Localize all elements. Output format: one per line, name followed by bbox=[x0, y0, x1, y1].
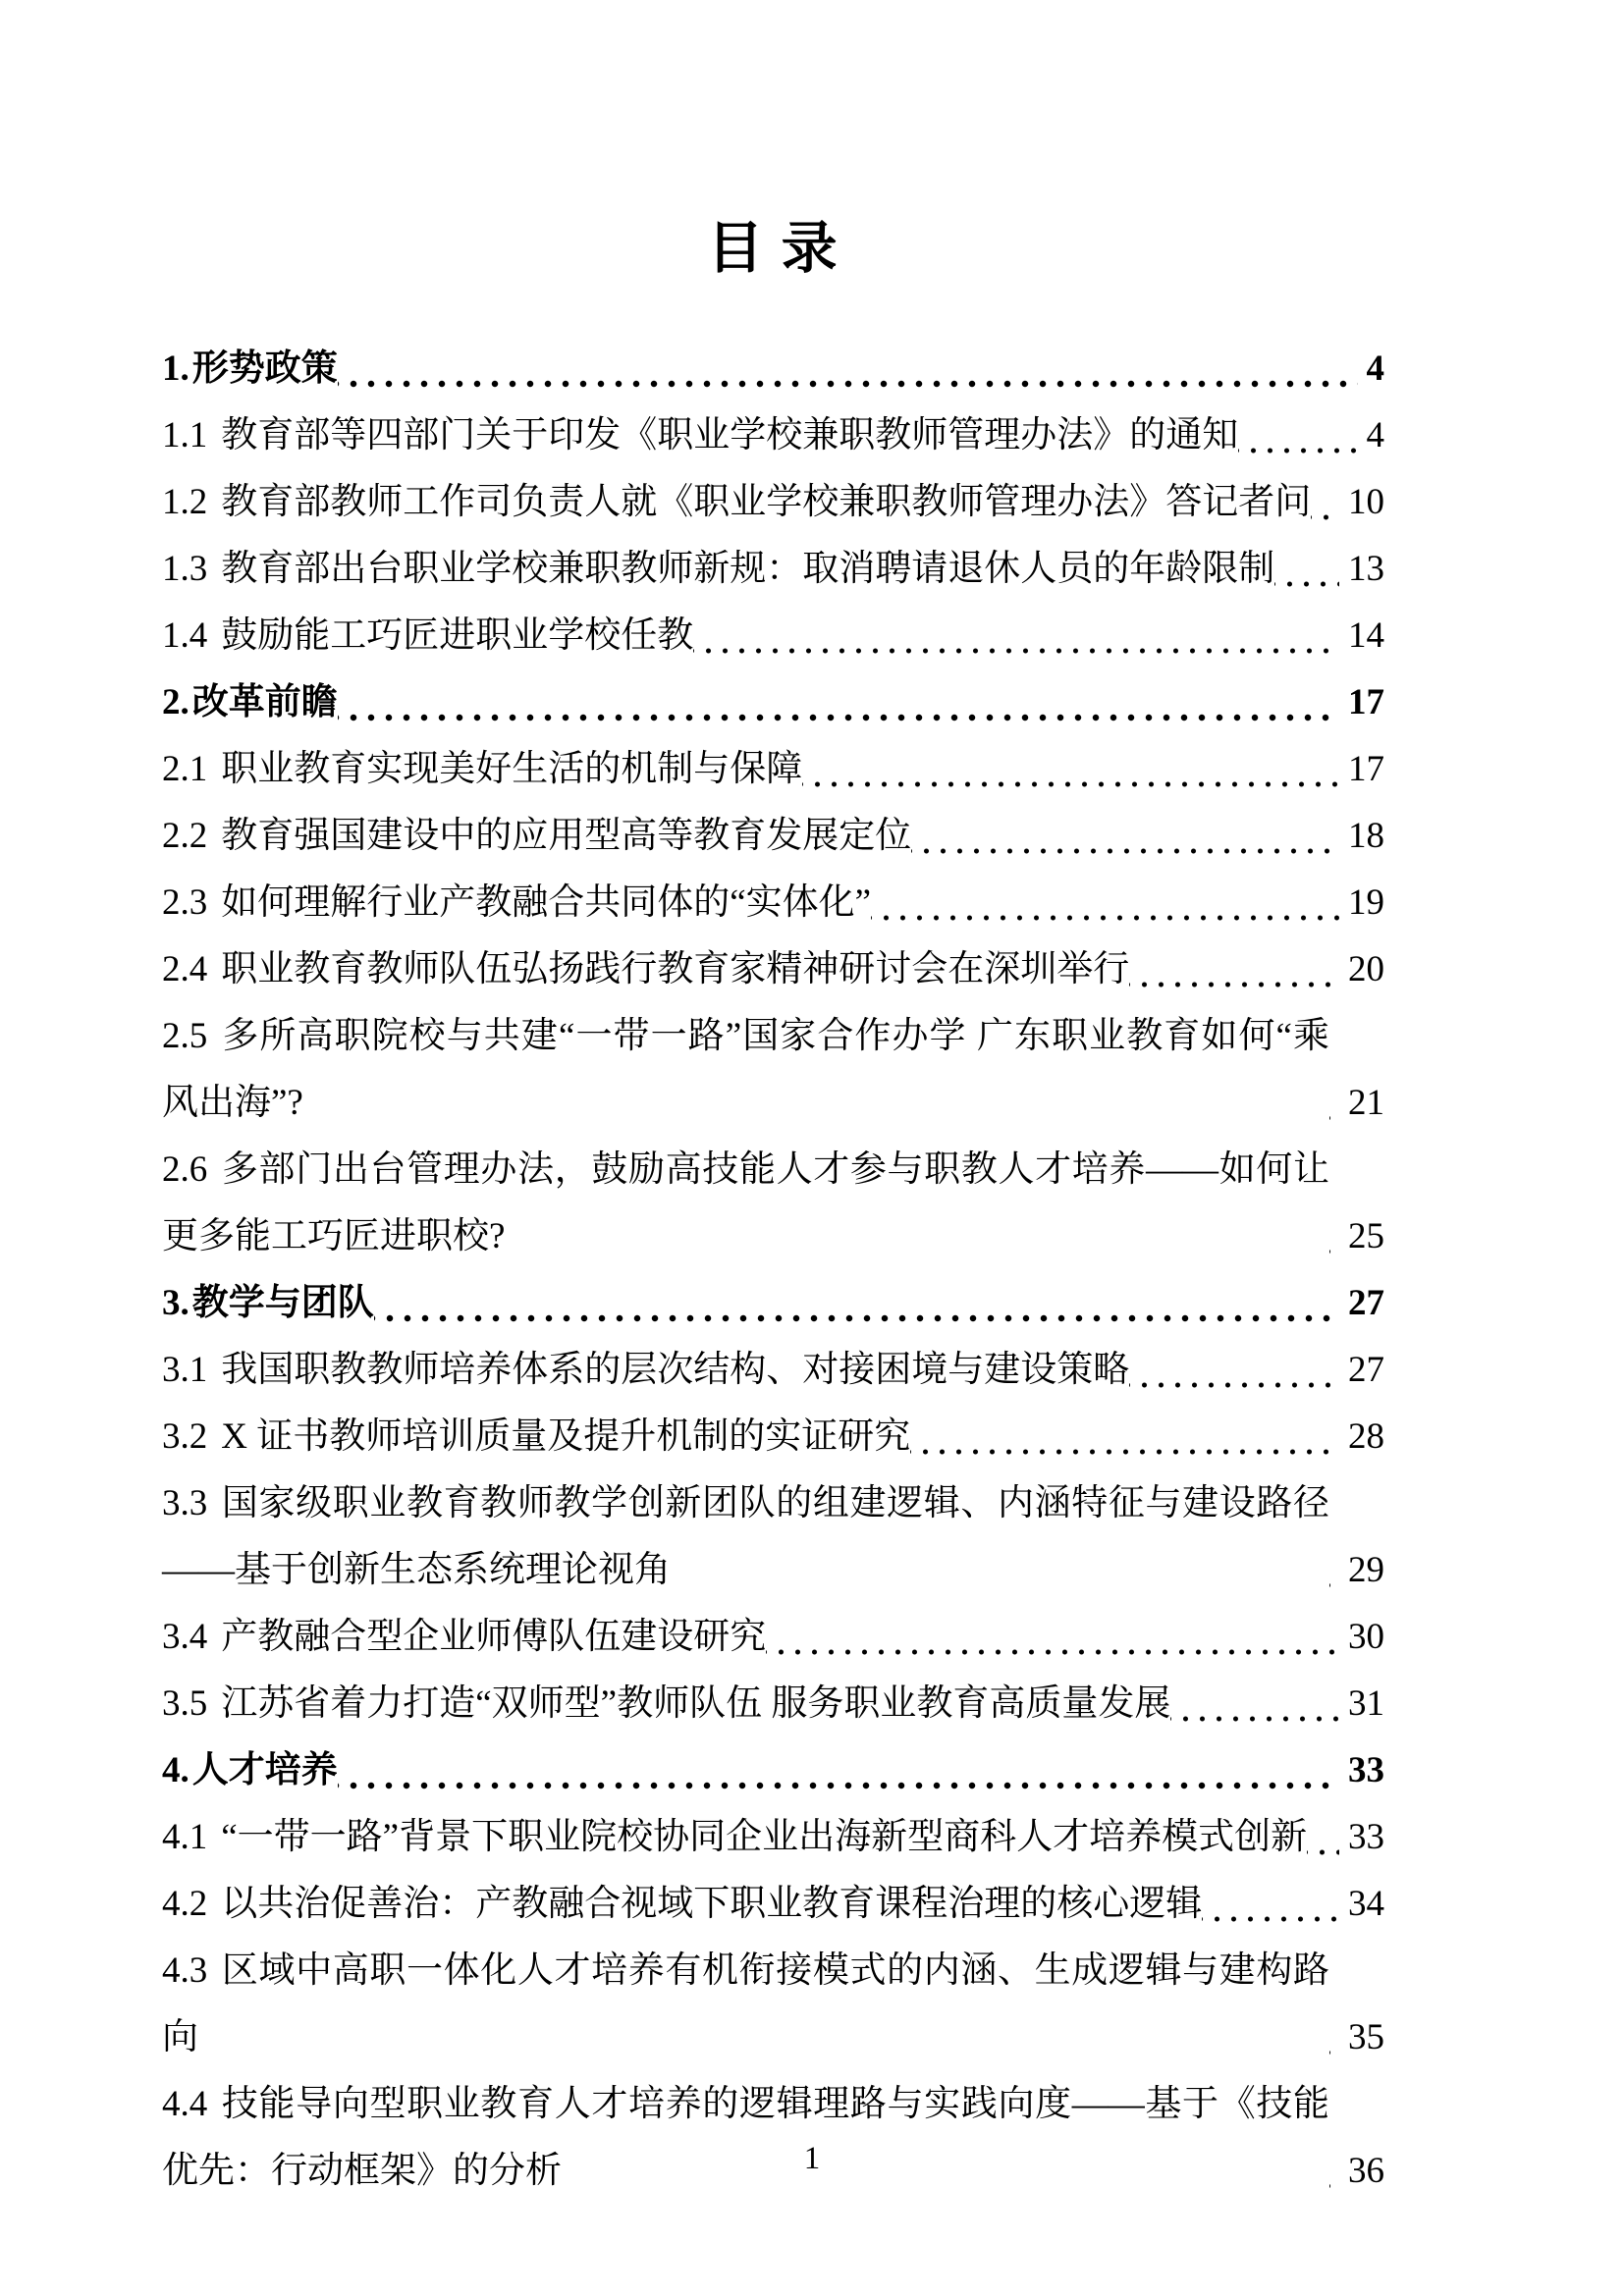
toc-entry[interactable]: 1.3教育部出台职业学校兼职教师新规：取消聘请退休人员的年龄限制13 bbox=[162, 536, 1384, 603]
toc-entry-title: 职业教育实现美好生活的机制与保障 bbox=[221, 749, 802, 789]
toc-entry-text: 3.1我国职教教师培养体系的层次结构、对接困境与建设策略 bbox=[162, 1337, 1129, 1404]
dot-leader bbox=[338, 669, 1339, 736]
toc-entry-text: 2.6多部门出台管理办法，鼓励高技能人才参与职教人才培养——如何让更多能工巧匠进… bbox=[162, 1137, 1329, 1270]
toc-entry[interactable]: 1.4鼓励能工巧匠进职业学校任教14 bbox=[162, 603, 1384, 669]
dot-leader bbox=[1129, 1337, 1339, 1404]
toc-entry-number: 3.1 bbox=[162, 1350, 207, 1390]
toc-entry-page: 18 bbox=[1339, 803, 1384, 870]
toc-entry-title: X 证书教师培训质量及提升机制的实证研究 bbox=[221, 1416, 910, 1457]
toc-entry-number: 1. bbox=[162, 348, 189, 389]
toc-entry-page: 33 bbox=[1339, 1737, 1384, 1804]
toc-entry-title: 如何理解行业产教融合共同体的“实体化” bbox=[221, 882, 871, 923]
toc-entry-page: 17 bbox=[1339, 736, 1384, 803]
toc-entry-text: 3.2X 证书教师培训质量及提升机制的实证研究 bbox=[162, 1404, 910, 1470]
toc-entry-title: 产教融合型企业师傅队伍建设研究 bbox=[221, 1617, 766, 1657]
toc-entry-text: 2.4职业教育教师队伍弘扬践行教育家精神研讨会在深圳举行 bbox=[162, 936, 1129, 1003]
toc-entry[interactable]: 3.4产教融合型企业师傅队伍建设研究30 bbox=[162, 1604, 1384, 1671]
toc-entry[interactable]: 1.形势政策4 bbox=[162, 336, 1384, 402]
toc-entry-title: 国家级职业教育教师教学创新团队的组建逻辑、内涵特征与建设路径——基于创新生态系统… bbox=[162, 1483, 1329, 1590]
toc-entry-number: 3.2 bbox=[162, 1416, 207, 1457]
toc-entry-title: “一带一路”背景下职业院校协同企业出海新型商科人才培养模式创新 bbox=[221, 1817, 1307, 1857]
toc-entry-text: 3.3国家级职业教育教师教学创新团队的组建逻辑、内涵特征与建设路径——基于创新生… bbox=[162, 1470, 1329, 1604]
toc-entry-number: 2. bbox=[162, 682, 189, 722]
toc-entry-number: 3. bbox=[162, 1283, 189, 1323]
dot-leader bbox=[1129, 936, 1339, 1003]
toc-entry-text: 4.人才培养 bbox=[162, 1737, 338, 1804]
dot-leader bbox=[374, 1270, 1339, 1337]
toc-entry[interactable]: 4.4技能导向型职业教育人才培养的逻辑理路与实践向度——基于《技能优先：行动框架… bbox=[162, 2071, 1384, 2205]
toc-entry-page: 33 bbox=[1339, 1804, 1384, 1871]
toc-entry[interactable]: 2.2教育强国建设中的应用型高等教育发展定位18 bbox=[162, 803, 1384, 870]
toc-entry-number: 4. bbox=[162, 1750, 189, 1790]
toc-list: 1.形势政策41.1教育部等四部门关于印发《职业学校兼职教师管理办法》的通知41… bbox=[162, 336, 1384, 2205]
toc-entry-title: 职业教育教师队伍弘扬践行教育家精神研讨会在深圳举行 bbox=[221, 949, 1129, 989]
toc-entry[interactable]: 4.1“一带一路”背景下职业院校协同企业出海新型商科人才培养模式创新33 bbox=[162, 1804, 1384, 1871]
toc-entry-text: 4.4技能导向型职业教育人才培养的逻辑理路与实践向度——基于《技能优先：行动框架… bbox=[162, 2071, 1329, 2205]
toc-entry-title: 以共治促善治：产教融合视域下职业教育课程治理的核心逻辑 bbox=[221, 1884, 1202, 1924]
toc-entry-title: 教学与团队 bbox=[192, 1283, 374, 1323]
toc-entry-page: 17 bbox=[1339, 669, 1384, 736]
toc-entry[interactable]: 2.6多部门出台管理办法，鼓励高技能人才参与职教人才培养——如何让更多能工巧匠进… bbox=[162, 1137, 1384, 1270]
toc-entry-page: 27 bbox=[1339, 1270, 1384, 1337]
toc-entry-number: 4.3 bbox=[162, 1950, 207, 1991]
toc-entry-title: 鼓励能工巧匠进职业学校任教 bbox=[221, 615, 693, 656]
toc-entry[interactable]: 2.改革前瞻17 bbox=[162, 669, 1384, 736]
toc-entry-title: 改革前瞻 bbox=[192, 682, 338, 722]
toc-entry[interactable]: 3.5江苏省着力打造“双师型”教师队伍 服务职业教育高质量发展31 bbox=[162, 1671, 1384, 1737]
toc-entry-page: 35 bbox=[1339, 2004, 1384, 2071]
page-title: 目 录 bbox=[162, 218, 1384, 281]
toc-entry-page: 4 bbox=[1358, 402, 1385, 469]
dot-leader bbox=[1329, 2004, 1339, 2071]
footer-page-number: 1 bbox=[0, 2139, 1624, 2178]
toc-entry-text: 1.4鼓励能工巧匠进职业学校任教 bbox=[162, 603, 693, 669]
toc-entry[interactable]: 2.3如何理解行业产教融合共同体的“实体化”19 bbox=[162, 870, 1384, 936]
toc-entry-text: 4.3区域中高职一体化人才培养有机衔接模式的内涵、生成逻辑与建构路向 bbox=[162, 1938, 1329, 2071]
toc-entry-title: 区域中高职一体化人才培养有机衔接模式的内涵、生成逻辑与建构路向 bbox=[162, 1950, 1329, 2057]
toc-entry-page: 14 bbox=[1339, 603, 1384, 669]
toc-entry-page: 30 bbox=[1339, 1604, 1384, 1671]
toc-entry-number: 2.3 bbox=[162, 882, 207, 923]
dot-leader bbox=[1202, 1871, 1339, 1938]
toc-entry[interactable]: 3.1我国职教教师培养体系的层次结构、对接困境与建设策略27 bbox=[162, 1337, 1384, 1404]
toc-entry[interactable]: 4.人才培养33 bbox=[162, 1737, 1384, 1804]
toc-entry-number: 4.1 bbox=[162, 1817, 207, 1857]
toc-entry[interactable]: 3.教学与团队27 bbox=[162, 1270, 1384, 1337]
toc-entry-page: 13 bbox=[1339, 536, 1384, 603]
toc-entry-number: 3.5 bbox=[162, 1683, 207, 1724]
toc-entry-number: 1.4 bbox=[162, 615, 207, 656]
toc-entry-number: 1.2 bbox=[162, 482, 207, 522]
toc-entry-page: 20 bbox=[1339, 936, 1384, 1003]
toc-entry-number: 4.4 bbox=[162, 2084, 207, 2124]
toc-entry-number: 1.1 bbox=[162, 415, 207, 455]
toc-entry-text: 3.4产教融合型企业师傅队伍建设研究 bbox=[162, 1604, 766, 1671]
toc-entry[interactable]: 4.3区域中高职一体化人才培养有机衔接模式的内涵、生成逻辑与建构路向35 bbox=[162, 1938, 1384, 2071]
toc-entry-text: 2.2教育强国建设中的应用型高等教育发展定位 bbox=[162, 803, 911, 870]
dot-leader bbox=[1307, 1804, 1339, 1871]
toc-entry-text: 2.1职业教育实现美好生活的机制与保障 bbox=[162, 736, 802, 803]
toc-entry-number: 2.2 bbox=[162, 816, 207, 856]
toc-entry[interactable]: 4.2以共治促善治：产教融合视域下职业教育课程治理的核心逻辑34 bbox=[162, 1871, 1384, 1938]
toc-entry-page: 29 bbox=[1339, 1537, 1384, 1604]
toc-entry-text: 1.1教育部等四部门关于印发《职业学校兼职教师管理办法》的通知 bbox=[162, 402, 1238, 469]
toc-entry-text: 3.5江苏省着力打造“双师型”教师队伍 服务职业教育高质量发展 bbox=[162, 1671, 1170, 1737]
document-page: 目 录 1.形势政策41.1教育部等四部门关于印发《职业学校兼职教师管理办法》的… bbox=[0, 0, 1624, 2296]
toc-entry-page: 25 bbox=[1339, 1203, 1384, 1270]
dot-leader bbox=[1274, 536, 1339, 603]
toc-entry-number: 4.2 bbox=[162, 1884, 207, 1924]
toc-entry-page: 19 bbox=[1339, 870, 1384, 936]
dot-leader bbox=[338, 336, 1358, 402]
dot-leader bbox=[1238, 402, 1357, 469]
dot-leader bbox=[802, 736, 1339, 803]
dot-leader bbox=[1311, 469, 1339, 536]
toc-entry-number: 2.5 bbox=[162, 1016, 207, 1056]
toc-entry-title: 人才培养 bbox=[192, 1750, 338, 1790]
toc-entry-page: 10 bbox=[1339, 469, 1384, 536]
toc-entry[interactable]: 2.5多所高职院校与共建“一带一路”国家合作办学 广东职业教育如何“乘风出海”?… bbox=[162, 1003, 1384, 1137]
dot-leader bbox=[693, 603, 1339, 669]
dot-leader bbox=[766, 1604, 1339, 1671]
toc-entry-title: 教育部出台职业学校兼职教师新规：取消聘请退休人员的年龄限制 bbox=[221, 549, 1274, 589]
dot-leader bbox=[1329, 1070, 1339, 1137]
toc-entry-page: 34 bbox=[1339, 1871, 1384, 1938]
toc-entry[interactable]: 2.1职业教育实现美好生活的机制与保障17 bbox=[162, 736, 1384, 803]
toc-entry-title: 教育强国建设中的应用型高等教育发展定位 bbox=[221, 816, 911, 856]
dot-leader bbox=[1170, 1671, 1339, 1737]
toc-entry-text: 1.3教育部出台职业学校兼职教师新规：取消聘请退休人员的年龄限制 bbox=[162, 536, 1274, 603]
toc-entry-title: 教育部等四部门关于印发《职业学校兼职教师管理办法》的通知 bbox=[221, 415, 1238, 455]
toc-entry-text: 1.形势政策 bbox=[162, 336, 338, 402]
toc-entry-number: 2.1 bbox=[162, 749, 207, 789]
toc-entry-text: 2.3如何理解行业产教融合共同体的“实体化” bbox=[162, 870, 871, 936]
toc-entry-page: 4 bbox=[1358, 336, 1385, 402]
toc-entry[interactable]: 1.2教育部教师工作司负责人就《职业学校兼职教师管理办法》答记者问10 bbox=[162, 469, 1384, 536]
dot-leader bbox=[1329, 1203, 1339, 1270]
toc-entry-number: 3.3 bbox=[162, 1483, 207, 1523]
toc-entry-text: 4.2以共治促善治：产教融合视域下职业教育课程治理的核心逻辑 bbox=[162, 1871, 1202, 1938]
toc-entry[interactable]: 2.4职业教育教师队伍弘扬践行教育家精神研讨会在深圳举行20 bbox=[162, 936, 1384, 1003]
toc-entry-title: 多所高职院校与共建“一带一路”国家合作办学 广东职业教育如何“乘风出海”? bbox=[162, 1016, 1329, 1123]
toc-entry-title: 江苏省着力打造“双师型”教师队伍 服务职业教育高质量发展 bbox=[221, 1683, 1170, 1724]
toc-entry-title: 教育部教师工作司负责人就《职业学校兼职教师管理办法》答记者问 bbox=[221, 482, 1311, 522]
toc-entry-text: 2.5多所高职院校与共建“一带一路”国家合作办学 广东职业教育如何“乘风出海”? bbox=[162, 1003, 1329, 1137]
toc-entry-page: 27 bbox=[1339, 1337, 1384, 1404]
toc-entry[interactable]: 3.3国家级职业教育教师教学创新团队的组建逻辑、内涵特征与建设路径——基于创新生… bbox=[162, 1470, 1384, 1604]
toc-entry-title: 多部门出台管理办法，鼓励高技能人才参与职教人才培养——如何让更多能工巧匠进职校? bbox=[162, 1149, 1329, 1256]
toc-entry-number: 1.3 bbox=[162, 549, 207, 589]
toc-entry-number: 2.4 bbox=[162, 949, 207, 989]
dot-leader bbox=[1329, 1537, 1339, 1604]
dot-leader bbox=[910, 1404, 1339, 1470]
dot-leader bbox=[338, 1737, 1339, 1804]
toc-entry-text: 4.1“一带一路”背景下职业院校协同企业出海新型商科人才培养模式创新 bbox=[162, 1804, 1307, 1871]
toc-entry-text: 2.改革前瞻 bbox=[162, 669, 338, 736]
toc-entry[interactable]: 1.1教育部等四部门关于印发《职业学校兼职教师管理办法》的通知4 bbox=[162, 402, 1384, 469]
dot-leader bbox=[871, 870, 1339, 936]
toc-entry[interactable]: 3.2X 证书教师培训质量及提升机制的实证研究28 bbox=[162, 1404, 1384, 1470]
toc-entry-page: 21 bbox=[1339, 1070, 1384, 1137]
toc-entry-number: 2.6 bbox=[162, 1149, 207, 1190]
dot-leader bbox=[911, 803, 1339, 870]
toc-entry-page: 28 bbox=[1339, 1404, 1384, 1470]
toc-entry-text: 3.教学与团队 bbox=[162, 1270, 374, 1337]
toc-entry-text: 1.2教育部教师工作司负责人就《职业学校兼职教师管理办法》答记者问 bbox=[162, 469, 1311, 536]
toc-entry-number: 3.4 bbox=[162, 1617, 207, 1657]
toc-entry-title: 我国职教教师培养体系的层次结构、对接困境与建设策略 bbox=[221, 1350, 1129, 1390]
toc-entry-page: 31 bbox=[1339, 1671, 1384, 1737]
toc-entry-title: 形势政策 bbox=[192, 348, 338, 389]
page-content: 目 录 1.形势政策41.1教育部等四部门关于印发《职业学校兼职教师管理办法》的… bbox=[0, 0, 1624, 2205]
